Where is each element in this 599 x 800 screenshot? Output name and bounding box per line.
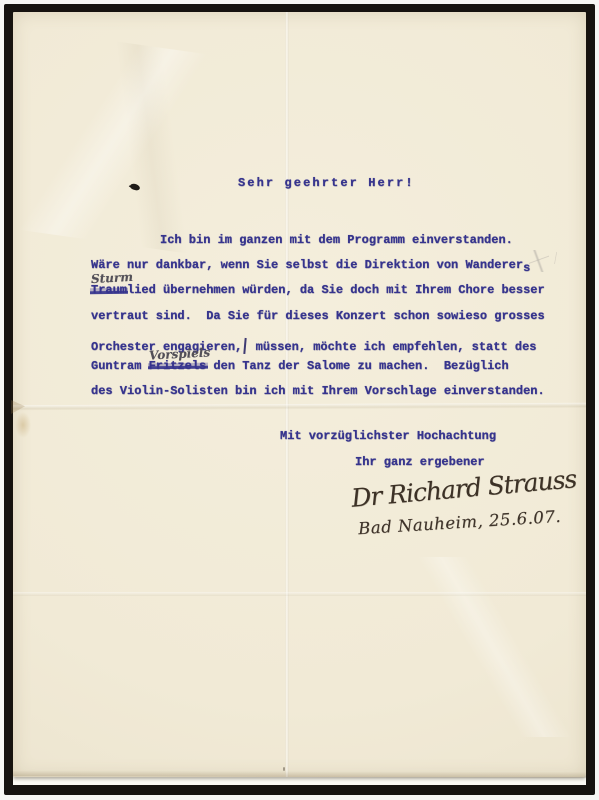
typed-text: s (523, 261, 530, 275)
letter-line: Guntram Fritzels den Tanz der Salome zu … (91, 359, 571, 384)
pen-stroke-mark (244, 338, 248, 354)
paper-bottom-edge (13, 770, 586, 778)
letter-paper-sheet: Sehr geehrter Herr! Ich bin im ganzen mi… (13, 12, 586, 777)
typed-text: Wäre nur dankbar, wenn Sie selbst die Di… (91, 258, 523, 272)
letter-line: des Violin-Solisten bin ich mit Ihrem Vo… (91, 384, 571, 409)
typed-text: Guntram (91, 359, 149, 373)
paper-stain (15, 412, 31, 438)
letter-line: Ich bin im ganzen mit dem Programm einve… (91, 233, 571, 258)
letter-line: Traumlied übernehmen würden, da Sie doch… (91, 283, 571, 308)
typed-text: Ich bin im ganzen mit dem Programm einve… (160, 233, 513, 247)
typed-text: des Violin-Solisten bin ich mit Ihrem Vo… (91, 384, 545, 398)
paper-wrinkle (0, 25, 256, 259)
typed-text: vertraut sind. Da Sie für dieses Konzert… (91, 309, 545, 323)
letter-line: vertraut sind. Da Sie für dieses Konzert… (91, 309, 571, 334)
scanned-letter-page: { "colors": { "paper": "#f1ead6", "typed… (0, 0, 599, 800)
paper-wrinkle (366, 557, 599, 737)
typed-text: den Tanz der Salome zu machen. Bezüglich (206, 359, 508, 373)
typed-text: müssen, möchte ich empfehlen, statt des (248, 340, 536, 354)
scan-border-frame: Sehr geehrter Herr! Ich bin im ganzen mi… (4, 4, 595, 795)
letter-salutation: Sehr geehrter Herr! (238, 176, 415, 190)
handwritten-correction: Sturm (91, 270, 134, 286)
handwritten-place-date: Bad Nauheim, 25.6.07. (358, 507, 562, 538)
typed-text: lied übernehmen würden, da Sie doch mit … (127, 283, 545, 297)
letter-line: Wäre nur dankbar, wenn Sie selbst die Di… (91, 258, 571, 283)
paper-speck (283, 767, 285, 771)
fold-crease-horizontal (13, 592, 586, 596)
closing-line-ergebener: Ihr ganz ergebener (355, 455, 485, 469)
handwritten-signature: Dr Richard Strauss (350, 464, 577, 513)
letter-body: Ich bin im ganzen mit dem Programm einve… (91, 233, 571, 409)
closing-line-hochachtung: Mit vorzüglichster Hochachtung (280, 429, 496, 443)
